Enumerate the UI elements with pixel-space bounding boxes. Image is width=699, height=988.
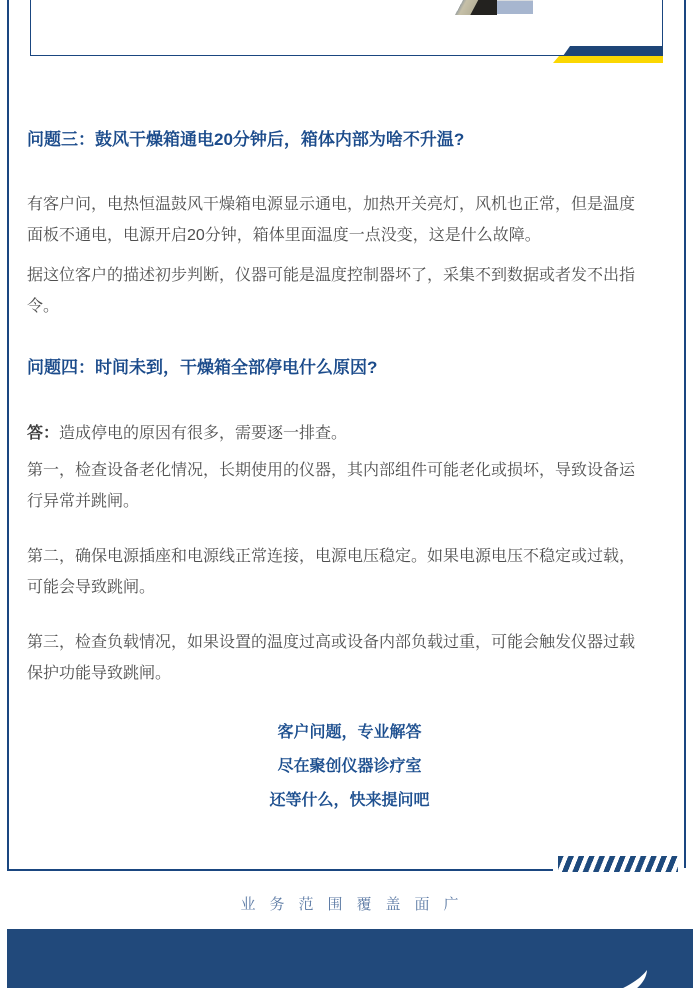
question-4-reason-3: 第三，检查负载情况，如果设置的温度过高或设备内部负载过重，可能会触发仪器过载保护… (27, 627, 647, 689)
accent-bar-blue (563, 46, 663, 56)
question-4-reason-1: 第一，检查设备老化情况，长期使用的仪器，其内部组件可能老化或损坏，导致设备运行异… (27, 455, 647, 517)
question-3-heading: 问题三：鼓风干燥箱通电20分钟后，箱体内部为啥不升温? (27, 128, 647, 152)
footer-band (7, 929, 693, 988)
closing-line-2: 尽在聚创仪器诊疗室 (0, 750, 699, 784)
hero-image-box (30, 0, 663, 56)
answer-text: 造成停电的原因有很多，需要逐一排查。 (59, 425, 347, 442)
closing-slogan: 客户问题，专业解答 尽在聚创仪器诊疗室 还等什么，快来提问吧 (0, 716, 699, 818)
question-4-answer: 答：造成停电的原因有很多，需要逐一排查。 (27, 418, 647, 449)
diagonal-stripes-decoration (558, 856, 678, 872)
leaf-icon (621, 970, 648, 988)
question-3-paragraph-2: 据这位客户的描述初步判断，仪器可能是温度控制器坏了，采集不到数据或者发不出指令。 (27, 260, 647, 322)
frame-bottom-border (7, 869, 553, 871)
answer-label: 答： (27, 425, 59, 442)
photo-corner-shape (455, 0, 497, 15)
business-scope-tagline: 业务范围覆盖面广 (0, 893, 699, 914)
article-page: 问题三：鼓风干燥箱通电20分钟后，箱体内部为啥不升温? 有客户问，电热恒温鼓风干… (0, 0, 699, 988)
accent-bar-yellow (553, 56, 663, 63)
question-4-reason-2: 第二，确保电源插座和电源线正常连接，电源电压稳定。如果电源电压不稳定或过载，可能… (27, 541, 647, 603)
closing-line-3: 还等什么，快来提问吧 (0, 784, 699, 818)
closing-line-1: 客户问题，专业解答 (0, 716, 699, 750)
photo-panel-shape (497, 0, 533, 14)
question-3-paragraph-1: 有客户问，电热恒温鼓风干燥箱电源显示通电，加热开关亮灯，风机也正常，但是温度面板… (27, 189, 647, 251)
question-4-heading: 问题四：时间未到，干燥箱全部停电什么原因? (27, 356, 647, 380)
product-photo-fragment (455, 0, 533, 15)
